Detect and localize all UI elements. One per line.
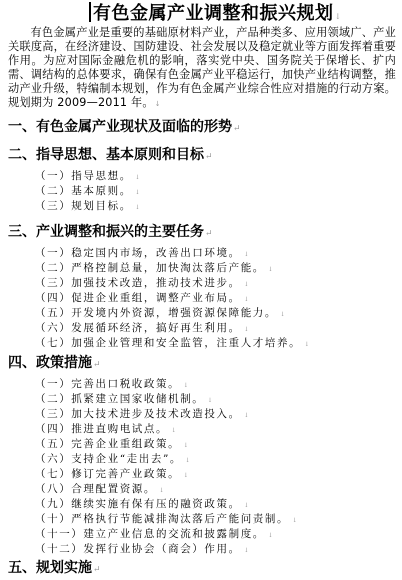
line-mark-icon: ↓ xyxy=(280,311,285,318)
line-mark-icon: ↓ xyxy=(185,457,190,464)
list-item: （八）合理配置资源。↓ xyxy=(35,482,297,497)
section-2-list: （一）指导思想。↓ （二）基本原则。↓ （三）规划目标。↓ xyxy=(35,169,140,214)
list-item: （七）加强企业管理和安全监管，注重人才培养。↓ xyxy=(35,336,309,351)
line-mark-icon: ↓ xyxy=(268,266,273,273)
line-mark-icon: ↓ xyxy=(244,326,249,333)
line-mark-icon: ↓ xyxy=(135,189,140,196)
section-3-list: （一）稳定国内市场，改善出口环境。↓ （二）严格控制总量，加快淘汰落后产能。↓ … xyxy=(35,246,309,351)
section-4-list: （一）完善出口税收政策。↓ （二）抓紧建立国家收储机制。↓ （三）加大技术进步及… xyxy=(35,377,297,557)
list-item: （七）修订完善产业政策。↓ xyxy=(35,467,297,482)
heading-text: 一、有色金属产业现状及面临的形势 xyxy=(8,119,232,135)
list-item: （四）推进直购电试点。↓ xyxy=(35,422,297,437)
list-item: （六）发展循环经济，搞好再生利用。↓ xyxy=(35,321,309,336)
list-item: （三）加强技术改造，推动技术进步。↓ xyxy=(35,276,309,291)
line-mark-icon: ↓ xyxy=(183,472,188,479)
section-heading-1: 一、有色金属产业现状及面临的形势↵ xyxy=(8,119,241,137)
line-mark-icon: ↓ xyxy=(244,412,249,419)
heading-text: 三、产业调整和振兴的主要任务 xyxy=(8,224,204,240)
section-heading-2: 二、指导思想、基本原则和目标↵ xyxy=(8,147,213,165)
list-item: （五）完善企业重组政策。↓ xyxy=(35,437,297,452)
line-mark-icon: ↓ xyxy=(135,174,140,181)
line-mark-icon: ↓ xyxy=(135,204,140,211)
list-item: （一）稳定国内市场，改善出口环境。↓ xyxy=(35,246,309,261)
list-item: （十二）发挥行业协会（商会）作用。↓ xyxy=(35,542,297,557)
paragraph-mark-icon: ↵ xyxy=(93,565,101,575)
line-mark-icon: ↓ xyxy=(183,442,188,449)
line-mark-icon: ↓ xyxy=(268,532,273,539)
line-mark-icon: ↓ xyxy=(155,100,161,108)
list-item: （二）严格控制总量，加快淘汰落后产能。↓ xyxy=(35,261,309,276)
section-heading-5: 五、规划实施↵ xyxy=(8,560,101,578)
list-item: （五）开发境内外资源，增强资源保障能力。↓ xyxy=(35,306,309,321)
line-mark-icon: ↓ xyxy=(304,341,309,348)
line-mark-icon: ↓ xyxy=(244,251,249,258)
line-mark-icon: ↓ xyxy=(244,547,249,554)
line-mark-icon: ↓ xyxy=(171,427,176,434)
document-page: 有色金属产业调整和振兴规划↓ 有色金属产业是重要的基础原材料产业，产品种类多、应… xyxy=(0,0,402,580)
list-item: （十）严格执行节能减排淘汰落后产能问责制。↓ xyxy=(35,512,297,527)
line-mark-icon: ↓ xyxy=(244,281,249,288)
heading-text: 四、政策措施 xyxy=(8,355,92,371)
heading-text: 二、指导思想、基本原则和目标 xyxy=(8,147,204,163)
paragraph-mark-icon: ↵ xyxy=(233,124,241,134)
intro-paragraph: 有色金属产业是重要的基础原材料产业，产品种类多、应用领域广、产业关联度高，在经济… xyxy=(8,26,396,111)
section-heading-4: 四、政策措施↵ xyxy=(8,355,101,373)
heading-text: 五、规划实施 xyxy=(8,560,92,576)
intro-text: 有色金属产业是重要的基础原材料产业，产品种类多、应用领域广、产业关联度高，在经济… xyxy=(8,26,396,109)
list-item: （二）基本原则。↓ xyxy=(35,184,140,199)
paragraph-mark-icon: ↵ xyxy=(93,360,101,370)
paragraph-mark-icon: ↵ xyxy=(205,152,213,162)
list-item: （一）完善出口税收政策。↓ xyxy=(35,377,297,392)
section-heading-3: 三、产业调整和振兴的主要任务↵ xyxy=(8,224,213,242)
list-item: （六）支持企业“走出去”。↓ xyxy=(35,452,297,467)
list-item: （三）规划目标。↓ xyxy=(35,199,140,214)
line-mark-icon: ↓ xyxy=(183,382,188,389)
paragraph-mark-icon: ↵ xyxy=(205,229,213,239)
list-item: （四）促进企业重组，调整产业布局。↓ xyxy=(35,291,309,306)
document-title: 有色金属产业调整和振兴规划↓ xyxy=(89,2,342,24)
line-mark-icon: ↓ xyxy=(244,502,249,509)
line-mark-icon: ↓ xyxy=(292,517,297,524)
list-item: （九）继续实施有保有压的融资政策。↓ xyxy=(35,497,297,512)
text-cursor xyxy=(89,2,91,22)
list-item: （二）抓紧建立国家收储机制。↓ xyxy=(35,392,297,407)
list-item: （三）加大技术进步及技术改造投入。↓ xyxy=(35,407,297,422)
line-mark-icon: ↓ xyxy=(207,397,212,404)
title-text: 有色金属产业调整和振兴规划 xyxy=(93,3,334,24)
line-mark-icon: ↓ xyxy=(159,487,164,494)
list-item: （十一）建立产业信息的交流和披露制度。↓ xyxy=(35,527,297,542)
line-mark-icon: ↓ xyxy=(244,296,249,303)
list-item: （一）指导思想。↓ xyxy=(35,169,140,184)
paragraph-mark-icon: ↓ xyxy=(335,12,342,21)
